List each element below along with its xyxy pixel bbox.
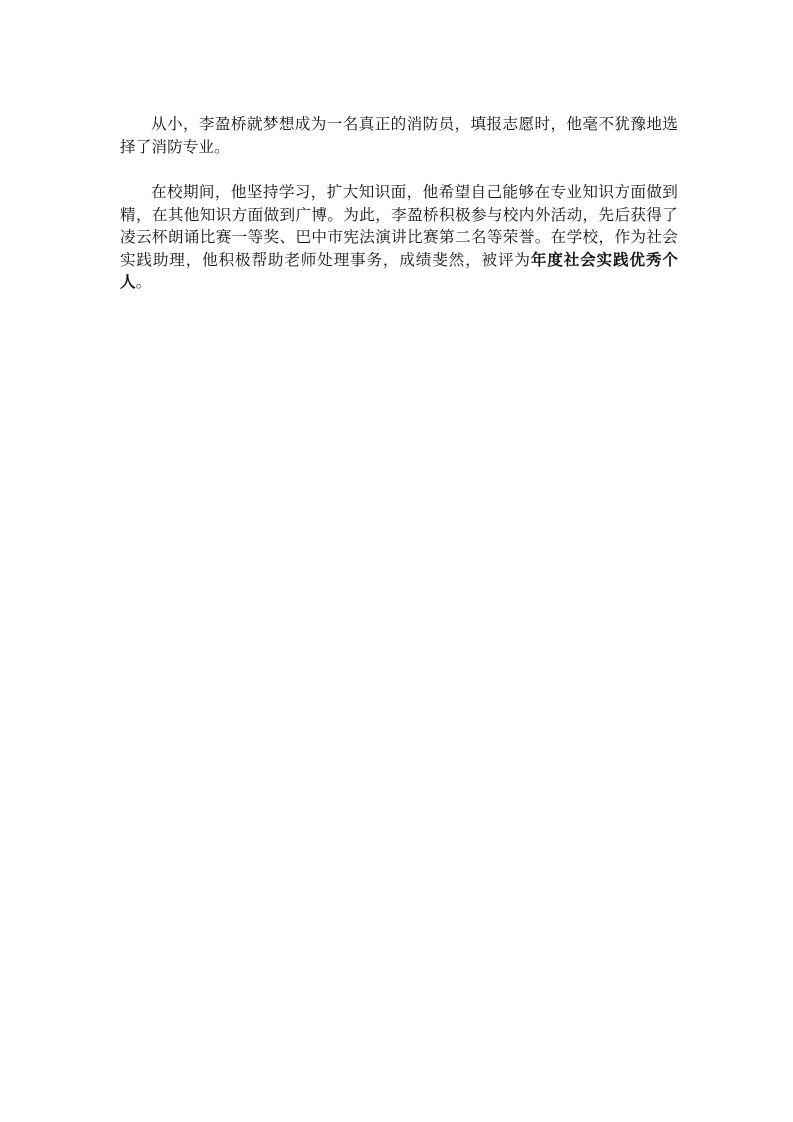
document-page: 从小，李盈桥就梦想成为一名真正的消防员，填报志愿时，他毫不犹豫地选择了消防专业。… [120,113,678,294]
paragraph-end-punctuation: 。 [136,273,152,291]
paragraph-dream: 从小，李盈桥就梦想成为一名真正的消防员，填报志愿时，他毫不犹豫地选择了消防专业。 [120,113,678,158]
paragraph-text: 从小，李盈桥就梦想成为一名真正的消防员，填报志愿时，他毫不犹豫地选择了消防专业。 [120,115,678,156]
paragraph-school-achievements: 在校期间，他坚持学习，扩大知识面，他希望自己能够在专业知识方面做到精，在其他知识… [120,181,678,294]
